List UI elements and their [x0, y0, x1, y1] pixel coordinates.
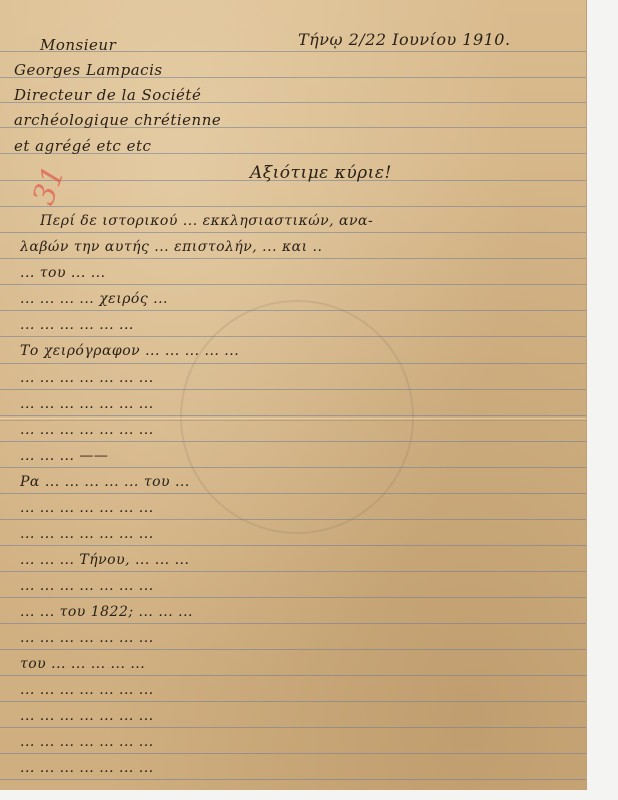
body-line: ... ... ... ... ... ... ...	[20, 734, 565, 750]
body-line: ... ... ... ... ... ... ...	[20, 578, 565, 594]
body-line: ... ... ... ... ... ... ...	[20, 630, 565, 646]
letter-date: Τήνῳ 2/22 Ιουνίου 1910.	[298, 30, 511, 49]
body-line: ... ... ... ... ... ... ...	[20, 708, 565, 724]
ruled-line	[0, 649, 586, 650]
body-line: ... ... ... ... ... ... ...	[20, 526, 565, 542]
body-line: ... ... ... ... ... ... ...	[20, 500, 565, 516]
body-line: ... ... ... Τήνου, ... ... ...	[20, 552, 565, 568]
ruled-line	[0, 206, 586, 207]
ruled-line	[0, 597, 586, 598]
ruled-line	[0, 284, 586, 285]
ruled-line	[0, 571, 586, 572]
body-line: ... του ... ...	[20, 265, 565, 281]
salutation: Αξιότιμε κύριε!	[250, 163, 392, 183]
ruled-line	[0, 519, 586, 520]
body-line: ... ... ... ... χειρός ...	[20, 291, 565, 307]
body-line: ... ... ... ... ... ...	[20, 317, 565, 333]
address-line: archéologique chrétienne	[14, 111, 221, 129]
ruled-line	[0, 258, 586, 259]
ruled-line	[0, 493, 586, 494]
ruled-line	[0, 441, 586, 442]
red-margin-mark: 31	[26, 162, 72, 210]
ruled-line	[0, 727, 586, 728]
body-line: Ρα ... ... ... ... ... του ...	[20, 474, 565, 490]
letter-paper: Τήνῳ 2/22 Ιουνίου 1910. Monsieur Georges…	[0, 0, 586, 790]
body-line: λαβών την αυτής ... επιστολήν, ... και .…	[20, 239, 565, 255]
body-line: Το χειρόγραφον ... ... ... ... ...	[20, 343, 565, 359]
ruled-line	[0, 545, 586, 546]
address-line: Monsieur	[40, 36, 116, 54]
body-line: ... ... ... ... ... ... ...	[20, 396, 565, 412]
address-line: Directeur de la Société	[14, 86, 201, 104]
body-line: ... ... του 1822; ... ... ...	[20, 604, 565, 620]
ruled-line	[0, 675, 586, 676]
address-line: Georges Lampacis	[14, 61, 163, 79]
ruled-line	[0, 310, 586, 311]
body-line: Περί δε ιστορικού ... εκκλησιαστικών, αν…	[40, 213, 585, 229]
ruled-line	[0, 779, 586, 780]
ruled-line	[0, 415, 586, 416]
ruled-line	[0, 363, 586, 364]
address-line: et agrégé etc etc	[14, 137, 151, 155]
body-line: ... ... ... ... ... ... ...	[20, 760, 565, 776]
body-line: ... ... ... ... ... ... ...	[20, 370, 565, 386]
body-line: του ... ... ... ... ...	[20, 656, 565, 672]
ruled-line	[0, 336, 586, 337]
ruled-line	[0, 701, 586, 702]
paper-fold	[0, 418, 586, 421]
ruled-line	[0, 467, 586, 468]
ruled-line	[0, 623, 586, 624]
body-line: ... ... ... ... ... ... ...	[20, 422, 565, 438]
body-line: ... ... ... ... ... ... ...	[20, 682, 565, 698]
ruled-line	[0, 753, 586, 754]
body-line: ... ... ... ——	[20, 448, 565, 464]
ruled-line	[0, 232, 586, 233]
ruled-line	[0, 389, 586, 390]
